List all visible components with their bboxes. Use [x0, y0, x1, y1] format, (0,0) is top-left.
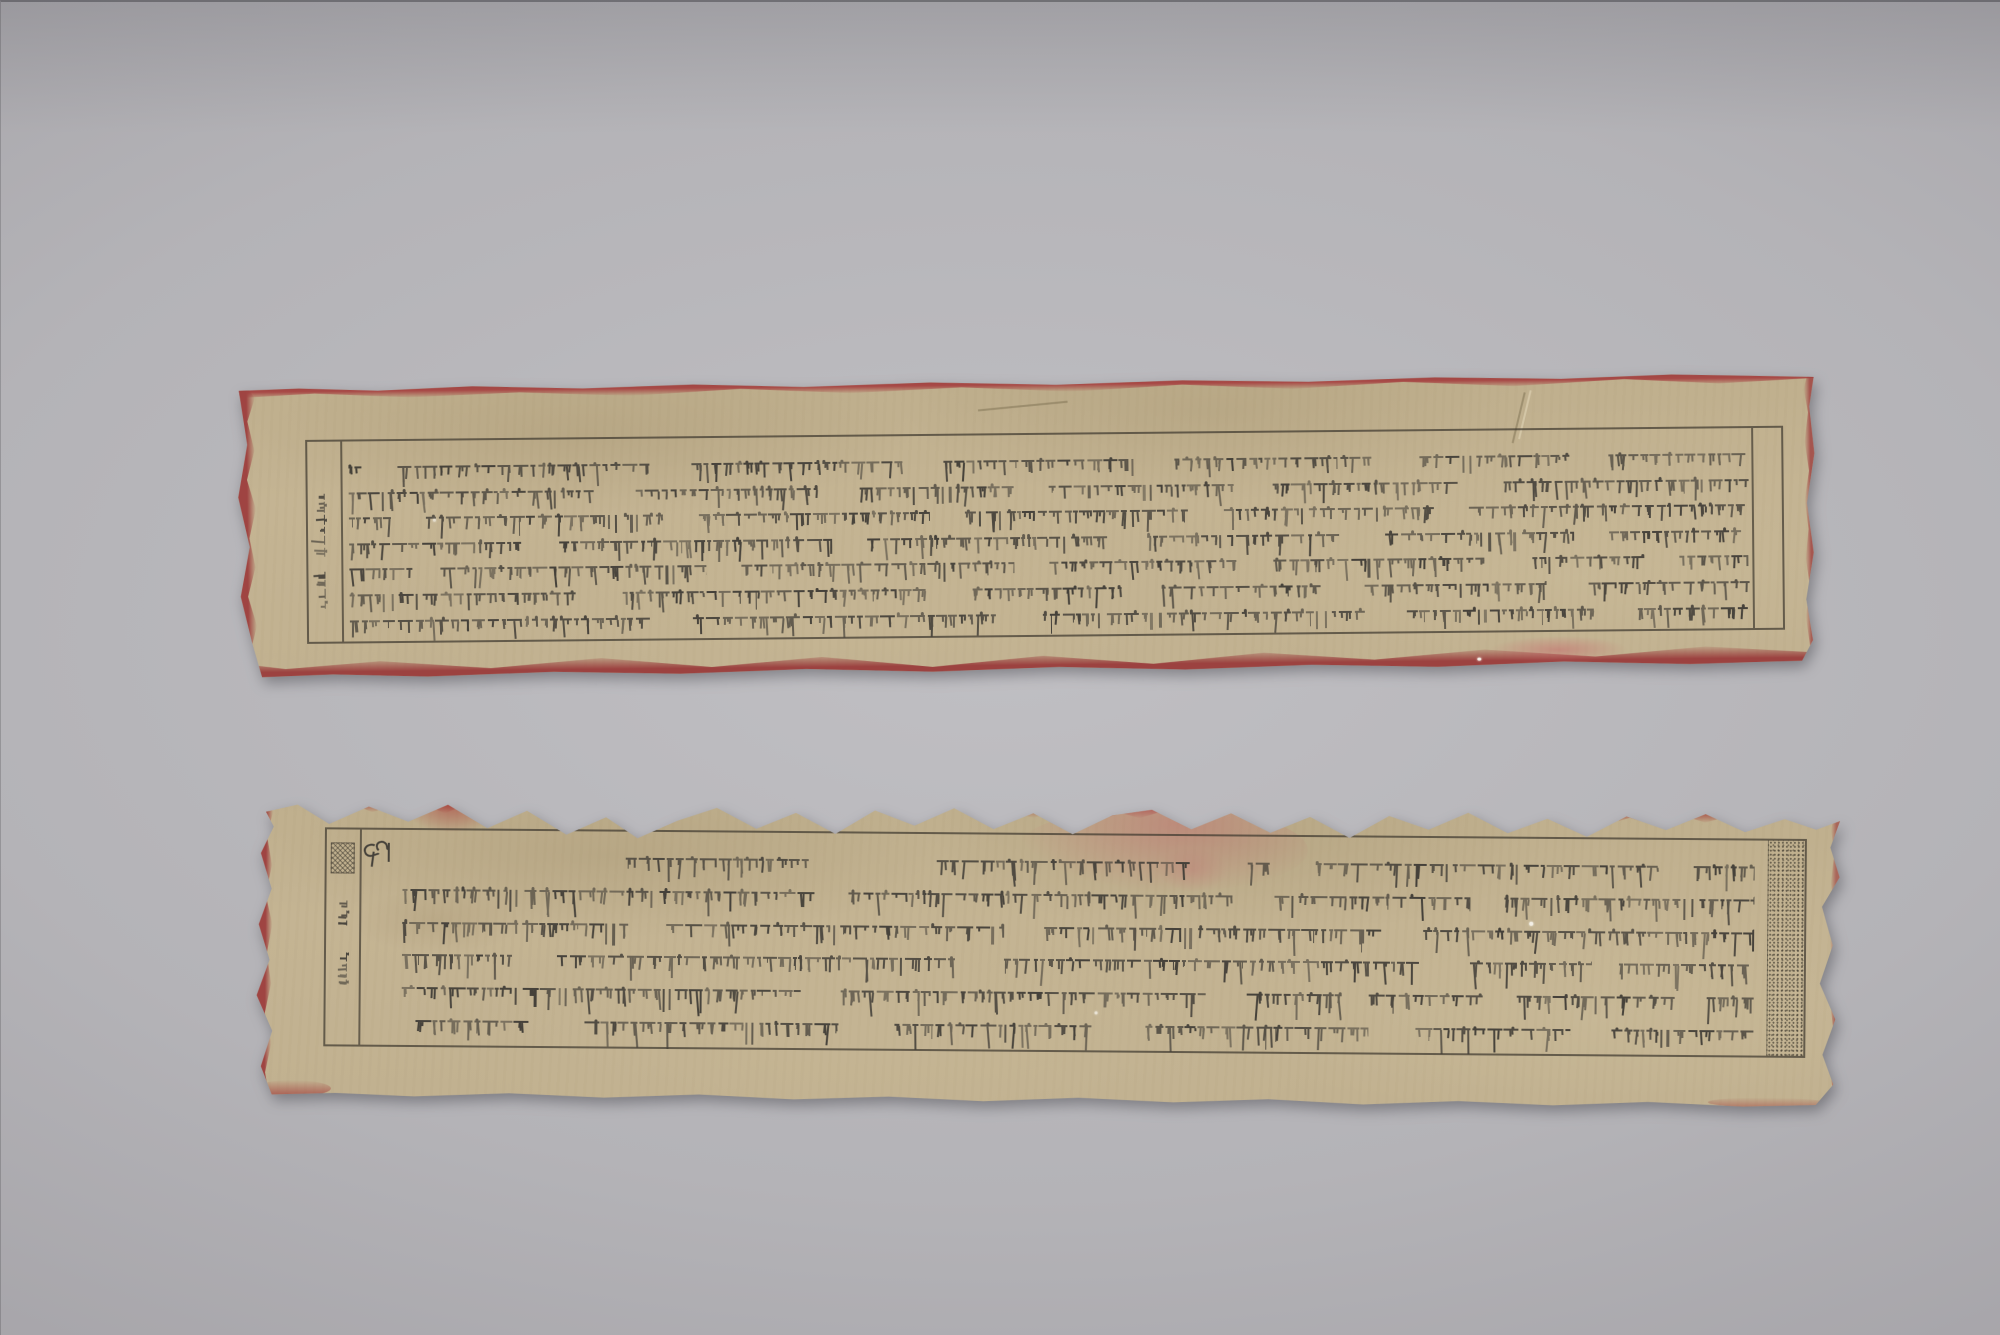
photo-backdrop: [0, 0, 2000, 1335]
red-paint-streak: [256, 1080, 331, 1097]
red-edge-left: [256, 800, 273, 1096]
right-margin-column: [1751, 428, 1783, 628]
dust-speck: [1095, 1011, 1098, 1014]
yig-mgo-head-mark: [363, 841, 393, 869]
red-edge-remnant: [1619, 810, 1841, 824]
leaf-paper: [236, 371, 1817, 678]
hatched-square-panel: [331, 842, 355, 873]
dust-speck: [1529, 922, 1533, 926]
red-edge-right: [1829, 812, 1840, 1108]
stippled-margin-panel: [1766, 841, 1805, 1056]
yig-mgo-curl: [375, 840, 389, 853]
margin-folio-label: [258, 800, 1840, 812]
text-block: [236, 371, 1814, 386]
red-edge-top: [236, 371, 1814, 399]
red-edge-remnant: [353, 801, 527, 814]
yig-mgo-tail: [371, 852, 375, 867]
dust-speck: [433, 519, 436, 522]
manuscript-leaf-bottom: [256, 800, 1840, 1108]
red-edge-right: [1804, 371, 1817, 663]
paper-crease: [978, 401, 1068, 411]
margin-folio-label: [236, 371, 1814, 386]
manuscript-leaf-top: [236, 371, 1817, 678]
yig-mgo-shad: [388, 843, 390, 862]
red-edge-remnant: [970, 805, 1223, 819]
red-paint-streak: [1708, 1097, 1828, 1108]
text-block: [258, 800, 1840, 812]
leaf-paper: [256, 800, 1840, 1108]
dust-speck: [1477, 658, 1481, 661]
red-edge-left: [236, 386, 258, 678]
